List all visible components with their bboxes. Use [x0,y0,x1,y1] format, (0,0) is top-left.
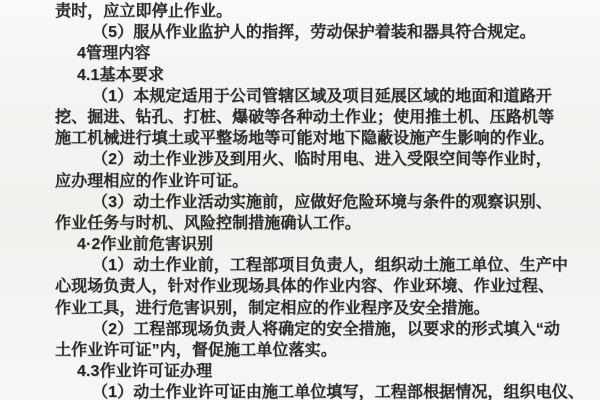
text-line-4: 4.1基本要求 [0,65,600,86]
text-line-11: 作业任务与时机、风险控制措施确认工作。 [0,213,600,234]
text-line-13: （1）动土作业前，工程部项目负责人，组织动土施工单位、生产中 [0,255,600,276]
text-line-16: （2）工程部现场负责人将确定的安全措施，以要求的形式填入“动 [0,319,600,340]
text-line-14: 心现场负责人，针对作业现场具体的作业内容、作业环境、作业过程、 [0,276,600,297]
text-line-15: 作业工具，进行危害识别，制定相应的作业程序及安全措施。 [0,298,600,319]
text-line-10: （3）动土作业活动实施前，应做好危险环境与条件的观察识别、 [0,192,600,213]
text-line-17: 土作业许可证”内，督促施工单位落实。 [0,340,600,361]
text-line-7: 施工机械进行填土或平整场地等可能对地下隐蔽设施产生影响的作业。 [0,128,600,149]
text-line-1: 责时，应立即停止作业。 [0,1,600,22]
text-line-3: 4管理内容 [0,43,600,64]
text-line-12: 4·2作业前危害识别 [0,234,600,255]
document-page: 责时，应立即停止作业。（5）服从作业监护人的指挥，劳动保护着装和器具符合规定。4… [0,0,600,400]
text-line-9: 应办理相应的作业许可证。 [0,171,600,192]
text-line-19: （1）动土作业许可证由施工单位填写，工程部根据情况，组织电仪、 [0,382,600,400]
text-line-18: 4.3作业许可证办理 [0,361,600,382]
text-line-5: （1）本规定适用于公司管辖区域及项目延展区域的地面和道路开 [0,86,600,107]
document-text-block: 责时，应立即停止作业。（5）服从作业监护人的指挥，劳动保护着装和器具符合规定。4… [0,0,600,400]
text-line-6: 挖、掘进、钻孔、打桩、爆破等各种动土作业；使用推土机、压路机等 [0,107,600,128]
text-line-8: （2）动土作业涉及到用火、临时用电、进入受限空间等作业时， [0,149,600,170]
text-line-2: （5）服从作业监护人的指挥，劳动保护着装和器具符合规定。 [0,22,600,43]
